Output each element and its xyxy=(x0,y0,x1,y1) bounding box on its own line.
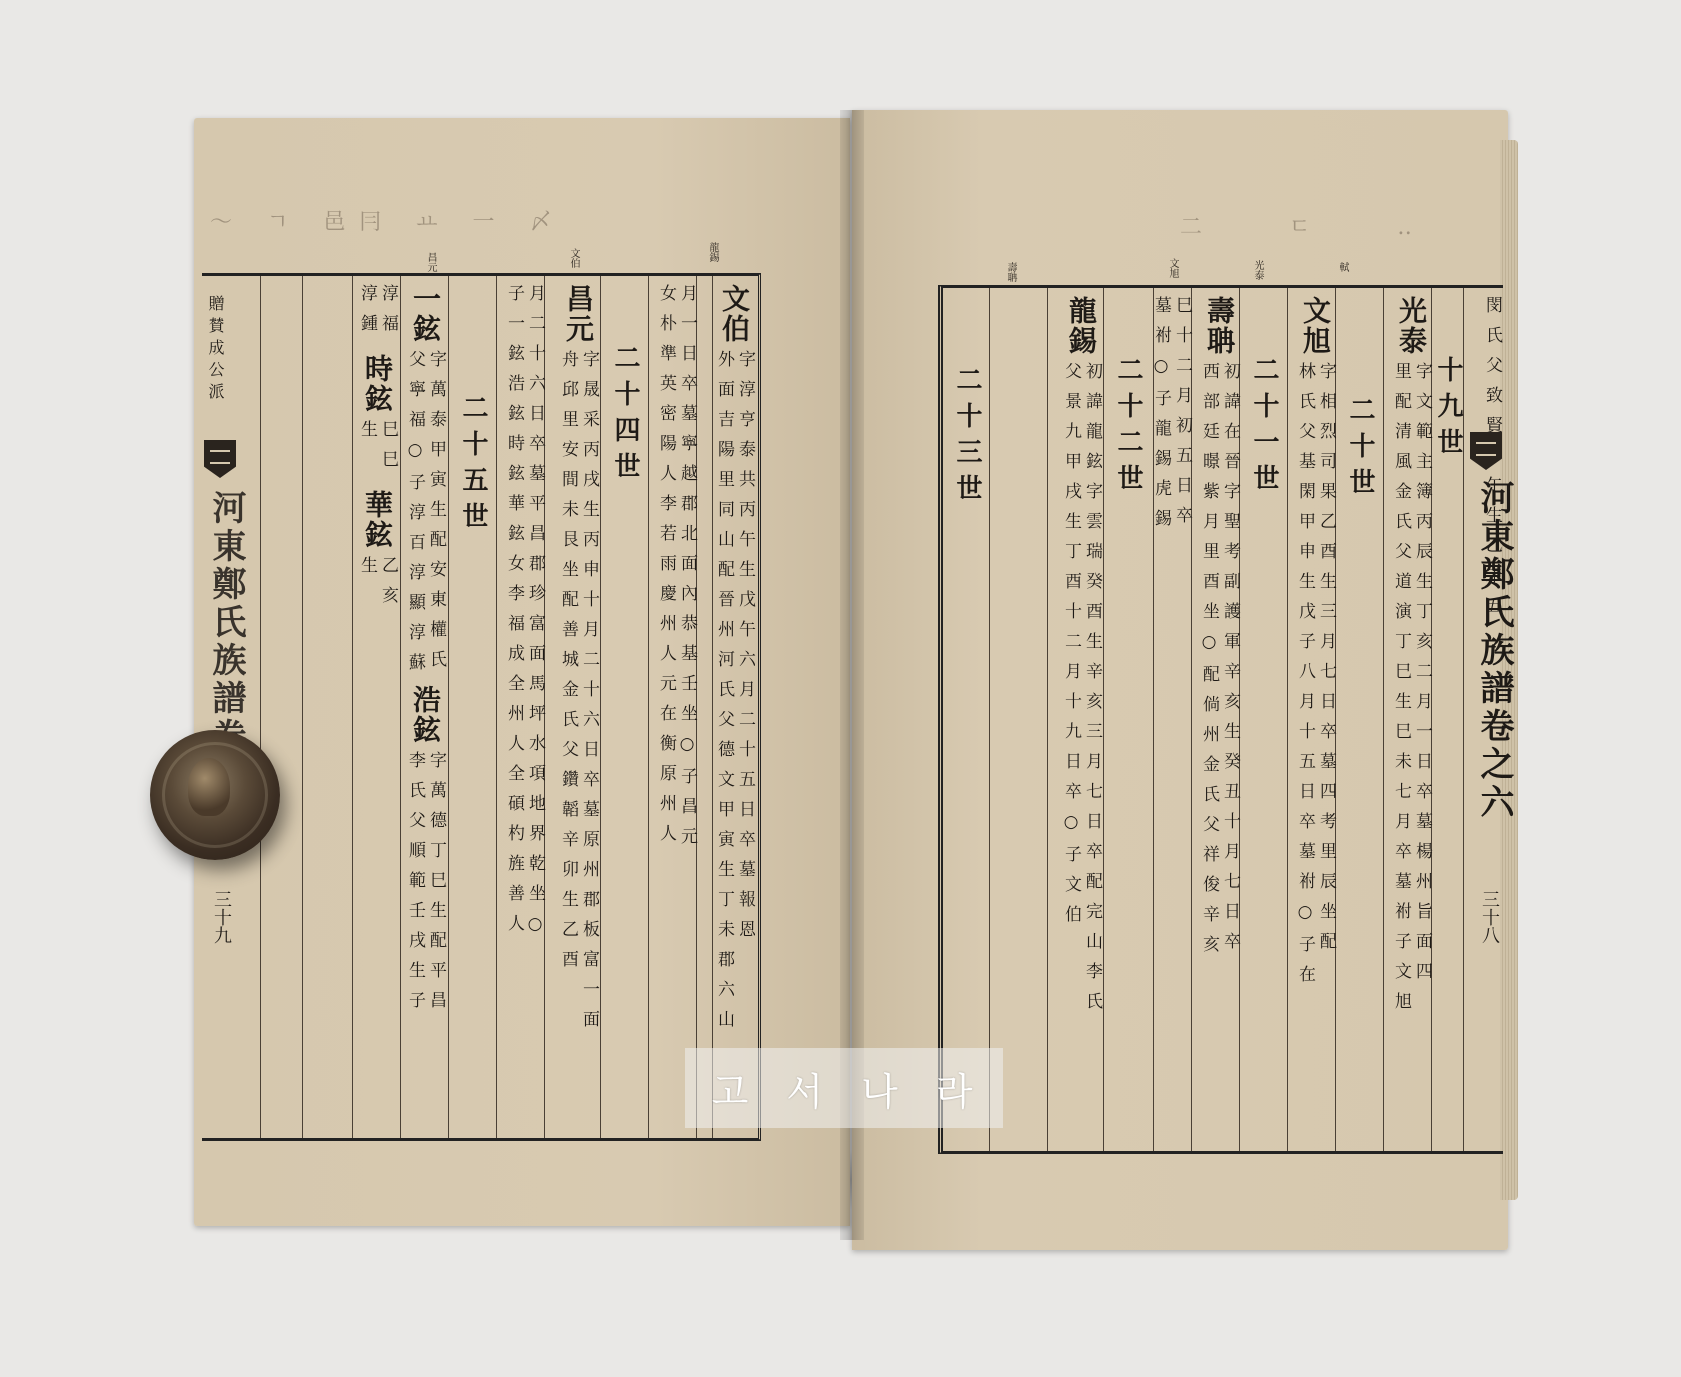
entry-column: 昌元 字晟采丙戌生丙申十月二十六日卒墓原州郡板富一面 舟邱里安間未艮坐配善城金氏… xyxy=(546,284,598,1130)
entry-detail: 初諱龍鉉字雲瑞癸酉生辛亥三月七日卒配完山李氏 xyxy=(1082,362,1101,1022)
header-label: 光泰 xyxy=(1250,260,1265,280)
entry-column: 龍錫 初諱龍鉉字雲瑞癸酉生辛亥三月七日卒配完山李氏 父景九甲戌生丁酉十二月十九日… xyxy=(1049,296,1101,1143)
entry-column: 月二十六日卒墓平昌郡珍富面馬坪水項地界乾坐○ 子一鉉浩鉉時鉉華鉉女李福成全州人全… xyxy=(498,284,544,1130)
entry-detail: 巳十二月初五日卒 xyxy=(1172,296,1191,1143)
page-number-right: 三十八 xyxy=(1476,890,1502,944)
person-name: 光泰 xyxy=(1394,296,1428,356)
entry-detail: 外面吉陽里同山配晉州河氏父德文甲寅生丁未郡六山 xyxy=(714,350,733,1040)
bleed-through-text: 〜 ㄱ 邑冃 ㅛ 一 〆 xyxy=(210,205,565,236)
entry-detail: 墓祔○子龍錫虎錫 xyxy=(1151,296,1170,1143)
entry-column: 文伯 字淳亨泰共丙午生戊午六月二十五日卒墓報恩 外面吉陽里同山配晉州河氏父德文甲… xyxy=(698,284,754,1130)
header-label: 文旭 xyxy=(1165,258,1180,278)
entry-detail: 字萬德丁巳生配平昌 xyxy=(426,751,445,1021)
person-name: 文旭 xyxy=(1298,296,1332,356)
header-label: 文伯 xyxy=(566,248,581,268)
watermark: 고 서 나 라 xyxy=(685,1048,1003,1128)
person-name: 華鉉 xyxy=(360,490,394,550)
book-title: 河東鄭氏族譜卷之六 xyxy=(1470,480,1519,822)
generation-column: 二十四世 xyxy=(602,284,648,1130)
generation-label: 二十三世 xyxy=(952,366,982,1143)
entry-detail: 里配清風金氏父道演丁巳生巳未七月卒墓祔子文旭 xyxy=(1391,362,1410,1022)
entry-column: 光泰 字文範主簿丙辰生丁亥二月一日卒墓楊州旨面四 里配清風金氏父道演丁巳生巳未七… xyxy=(1385,296,1431,1143)
entry-detail: 父寧福○子淳百淳顯淳蘇 xyxy=(405,350,424,683)
entry-detail: 淳鍾 xyxy=(357,284,376,344)
left-page-frame: 文伯 字淳亨泰共丙午生戊午六月二十五日卒墓報恩 外面吉陽里同山配晉州河氏父德文甲… xyxy=(202,273,761,1141)
generation-label: 二十世 xyxy=(1345,396,1375,1143)
generation-column: 二十世 xyxy=(1337,296,1383,1143)
header-label: 壽聃 xyxy=(1003,262,1018,282)
entry-detail: 月二十六日卒墓平昌郡珍富面馬坪水項地界乾坐○ xyxy=(525,284,544,1130)
entry-detail: 字淳亨泰共丙午生戊午六月二十五日卒墓報恩 xyxy=(735,350,754,1040)
generation-label: 二十五世 xyxy=(458,394,488,1130)
entry-column: 巳十二月初五日卒 墓祔○子龍錫虎錫 xyxy=(1155,296,1191,1143)
person-name: 文伯 xyxy=(717,284,751,344)
generation-column: 二十三世 xyxy=(945,296,989,1143)
generation-label: 二十四世 xyxy=(610,344,640,1130)
bleed-through-text: 二 ㄷ ‥ xyxy=(1180,210,1452,241)
entry-detail: 乙亥 xyxy=(378,556,397,616)
person-name: 浩鉉 xyxy=(408,685,442,745)
header-label: 軾 xyxy=(1335,262,1350,272)
entry-column: 淳福 淳鍾 時鉉 巳巳 生 華鉉 乙亥 生 xyxy=(354,284,400,1130)
generation-column: 二十二世 xyxy=(1105,296,1151,1143)
generation-label: 十九世 xyxy=(1433,356,1463,1143)
person-name: 壽聃 xyxy=(1202,296,1236,356)
entry-detail: 舟邱里安間未艮坐配善城金氏父鑽韜辛卯生乙酉 xyxy=(558,350,577,1040)
entry-column: 月一日卒墓寧越郡北面內恭基壬坐○子昌元 女朴準英密陽人李若雨慶州人元在衡原州人 xyxy=(650,284,696,1130)
entry-column: 壽聃 初諱在晉字聖考副護軍辛亥生癸丑十月七日卒 西部廷暻紫月里酉坐○配倘州金氏父… xyxy=(1193,296,1239,1143)
generation-label: 二十二世 xyxy=(1113,356,1143,1143)
entry-detail: 生 xyxy=(357,556,376,616)
person-name: 龍錫 xyxy=(1064,296,1098,356)
page-number-left: 三十九 xyxy=(208,890,234,944)
entry-detail: 李氏父順範壬戌生子 xyxy=(405,751,424,1021)
generation-column: 二十五世 xyxy=(450,284,496,1130)
entry-column: 文旭 字相烈司果乙酉生三月七日卒墓四考里辰坐配 林氏父基閑甲申生戊子八月十五日卒… xyxy=(1289,296,1335,1143)
entry-detail: 字晟采丙戌生丙申十月二十六日卒墓原州郡板富一面 xyxy=(579,350,598,1040)
generation-column: 十九世 xyxy=(1433,296,1463,1143)
entry-detail: 字萬泰甲寅生配安東權氏 xyxy=(426,350,445,683)
header-label: 昌元 xyxy=(423,252,438,272)
branch-label: 贈賛成公派 xyxy=(204,295,227,405)
header-label: 龍錫 xyxy=(705,242,720,262)
entry-detail: 西部廷暻紫月里酉坐○配倘州金氏父祥俊辛亥 xyxy=(1199,362,1218,965)
person-name: 一鉉 xyxy=(408,284,442,344)
entry-detail: 字文範主簿丙辰生丁亥二月一日卒墓楊州旨面四 xyxy=(1412,362,1431,1022)
right-page-frame: 閔氏父致賢甲午生乙未五 十九世 光泰 字文範主簿丙辰生丁亥二月一日卒墓楊州旨面四… xyxy=(938,285,1503,1154)
entry-detail: 月一日卒墓寧越郡北面內恭基壬坐○子昌元 xyxy=(677,284,696,1130)
brass-page-weight xyxy=(150,730,280,860)
entry-detail: 生 xyxy=(357,420,376,480)
generation-label: 二十一世 xyxy=(1249,356,1279,1143)
person-name: 昌元 xyxy=(561,284,595,344)
entry-detail: 女朴準英密陽人李若雨慶州人元在衡原州人 xyxy=(656,284,675,1130)
entry-detail: 淳福 xyxy=(378,284,397,344)
entry-detail: 父景九甲戌生丁酉十二月十九日卒○子文伯 xyxy=(1061,362,1080,1022)
generation-column: 二十一世 xyxy=(1241,296,1287,1143)
entry-column: 一鉉 字萬泰甲寅生配安東權氏 父寧福○子淳百淳顯淳蘇 浩鉉 字萬德丁巳生配平昌 … xyxy=(402,284,448,1130)
entry-detail: 巳巳 xyxy=(378,420,397,480)
entry-detail: 字相烈司果乙酉生三月七日卒墓四考里辰坐配 xyxy=(1316,362,1335,995)
entry-detail: 子一鉉浩鉉時鉉華鉉女李福成全州人全碩杓旌善人 xyxy=(504,284,523,1130)
entry-detail: 林氏父基閑甲申生戊子八月十五日卒墓祔○子在 xyxy=(1295,362,1314,995)
entry-detail: 初諱在晉字聖考副護軍辛亥生癸丑十月七日卒 xyxy=(1220,362,1239,965)
person-name: 時鉉 xyxy=(360,354,394,414)
